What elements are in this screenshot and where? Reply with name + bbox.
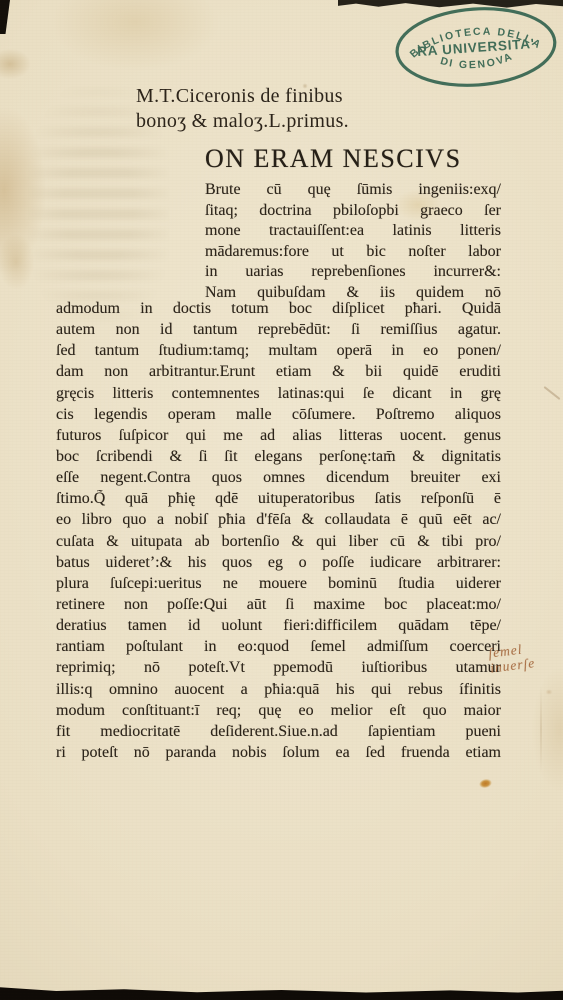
- text-line: bonoʒ & maloʒ.L.primus.: [136, 109, 349, 134]
- text-line: mone tractauiſſent:ea latinis litteris: [205, 222, 501, 243]
- text-line: M.T.Ciceronis de finibus: [136, 84, 349, 109]
- text-line: cuſata & uitupata ab bortenſio & qui lib…: [56, 533, 501, 554]
- title-block: M.T.Ciceronis de finibusbonoʒ & maloʒ.L.…: [136, 84, 349, 134]
- text-line: plura ſuſcepi:ueritus ne mouere bominū ſ…: [56, 575, 501, 596]
- library-stamp: BIBLIOTECA DELLA RA UNIVERSITA' DI GENOV…: [389, 0, 563, 97]
- paper-crease: [540, 686, 542, 772]
- pen-mark: [544, 386, 561, 400]
- text-line: retinere non poſſe:Qui aūt ſi maxime boc…: [56, 596, 501, 617]
- text-line: fit mediocritatē deſiderent.Siue.n.ad ſa…: [56, 723, 501, 744]
- text-line: eſſe negent.Contra quos omnes dicendum b…: [56, 469, 501, 490]
- text-line: in uarias reprebenſiones incurrer&:: [205, 263, 501, 284]
- incipit-paragraph: Brute cū quę ſūmis ingeniis:exq/ſitaq; d…: [205, 181, 501, 304]
- text-line: ſitaq; doctrina pbiloſopbi graeco ſer: [205, 202, 501, 223]
- text-line: Brute cū quę ſūmis ingeniis:exq/: [205, 181, 501, 202]
- text-line: rantiam poſtulant in eo:quod ſemel admiſ…: [56, 638, 501, 659]
- text-line: autem non id tantum reprebēdūt: ſi remiſ…: [56, 321, 501, 342]
- text-line: deratius tamen id uolunt fieri:difficile…: [56, 617, 501, 638]
- page-edge-top-left: [0, 0, 10, 34]
- text-line: cis legendis operam malle cōſumere. Poſt…: [56, 406, 501, 427]
- text-line: modum conſtituant:ī req; quę eo melior e…: [56, 702, 501, 723]
- foxing-spot: [478, 778, 493, 790]
- body-text-block: admodum in doctis totum boc diſplicet pħ…: [56, 300, 501, 765]
- text-line: ri poteſt nō paranda nobis ſolum ea ſed …: [56, 744, 501, 765]
- stamp-oval-graphic: BIBLIOTECA DELLA RA UNIVERSITA' DI GENOV…: [389, 0, 562, 95]
- page-edge-bottom: [0, 985, 563, 1000]
- book-page-scan: BIBLIOTECA DELLA RA UNIVERSITA' DI GENOV…: [0, 0, 563, 1000]
- text-line: gręcis litteris contemnentes latinas:qui…: [56, 385, 501, 406]
- text-line: ſtimo.Q̃ quā pħię qdē uituperatoribus ſa…: [56, 490, 501, 511]
- text-line: reprimiq; nō poteſt.Vt ppemodū iuſtiorib…: [56, 659, 501, 680]
- text-line: admodum in doctis totum boc diſplicet pħ…: [56, 300, 501, 321]
- text-line: illis:q omnino auocent a pħia:quā his qu…: [56, 681, 501, 702]
- text-line: batus uideret’:& his quos eg o poſſe iud…: [56, 554, 501, 575]
- text-line: eo libro quo a nobiſ pħia d'fēſa & colla…: [56, 511, 501, 532]
- text-line: boc ſcribendi & ſi ſit elegans perſonę:t…: [56, 448, 501, 469]
- text-line: dam non arbitrantur.Erunt etiam & bii qu…: [56, 363, 501, 384]
- text-line: mādaremus:fore ut bic noſter labor: [205, 243, 501, 264]
- text-line: futuros ſuſpicor qui me ad alias littera…: [56, 427, 501, 448]
- text-line: ſed tantum ſtudium:tamq; multam operā in…: [56, 342, 501, 363]
- incipit-heading: ON ERAM NESCIVS: [205, 144, 462, 174]
